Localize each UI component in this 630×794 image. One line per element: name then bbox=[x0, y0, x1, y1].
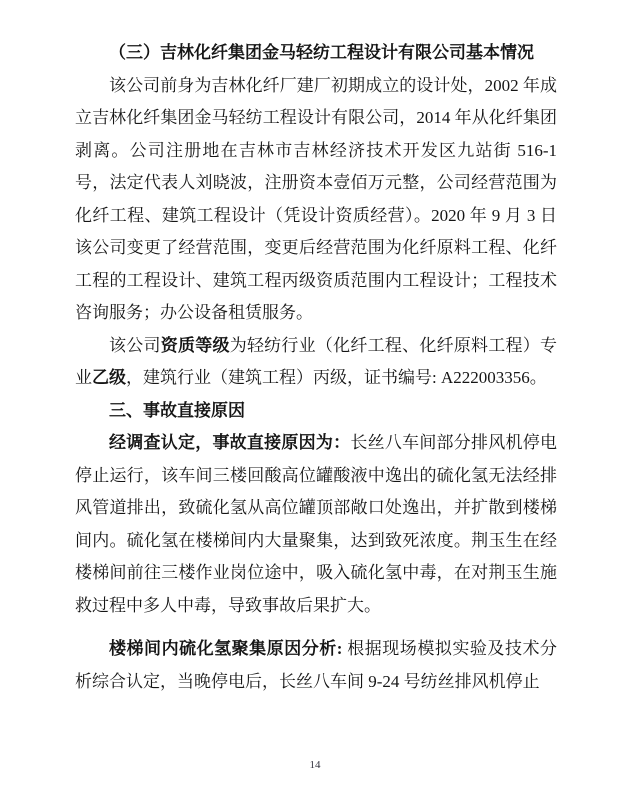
qualification-paragraph: 该公司资质等级为轻纺行业（化纤工程、化纤原料工程）专业乙级，建筑行业（建筑工程）… bbox=[75, 330, 557, 395]
qualification-grade-value: 乙级 bbox=[92, 368, 126, 387]
section-cause-heading: 三、事故直接原因 bbox=[75, 395, 557, 428]
qualification-run-4: ，建筑行业（建筑工程）丙级，证书编号: A222003356。 bbox=[126, 368, 547, 387]
section3-heading: （三）吉林化纤集团金马轻纺工程设计有限公司基本情况 bbox=[75, 37, 557, 70]
analysis-lead: 楼梯间内硫化氢聚集原因分析: bbox=[109, 639, 347, 658]
direct-cause-paragraph: 经调查认定，事故直接原因为：长丝八车间部分排风机停电停止运行，该车间三楼回酸高位… bbox=[75, 427, 557, 622]
direct-cause-body: 长丝八车间部分排风机停电停止运行，该车间三楼回酸高位罐酸液中逸出的硫化氢无法经排… bbox=[75, 433, 557, 615]
qualification-grade-label: 资质等级 bbox=[161, 336, 230, 355]
page-body-text: （三）吉林化纤集团金马轻纺工程设计有限公司基本情况 该公司前身为吉林化纤厂建厂初… bbox=[75, 37, 557, 698]
page-number: 14 bbox=[0, 759, 630, 771]
qualification-run-0: 该公司 bbox=[109, 336, 161, 355]
document-page: （三）吉林化纤集团金马轻纺工程设计有限公司基本情况 该公司前身为吉林化纤厂建厂初… bbox=[0, 0, 630, 794]
direct-cause-lead: 经调查认定，事故直接原因为： bbox=[109, 433, 350, 452]
company-history-paragraph: 该公司前身为吉林化纤厂建厂初期成立的设计处，2002 年成立吉林化纤集团金马轻纺… bbox=[75, 70, 557, 330]
analysis-paragraph: 楼梯间内硫化氢聚集原因分析: 根据现场模拟实验及技术分析综合认定，当晚停电后，长… bbox=[75, 633, 557, 698]
